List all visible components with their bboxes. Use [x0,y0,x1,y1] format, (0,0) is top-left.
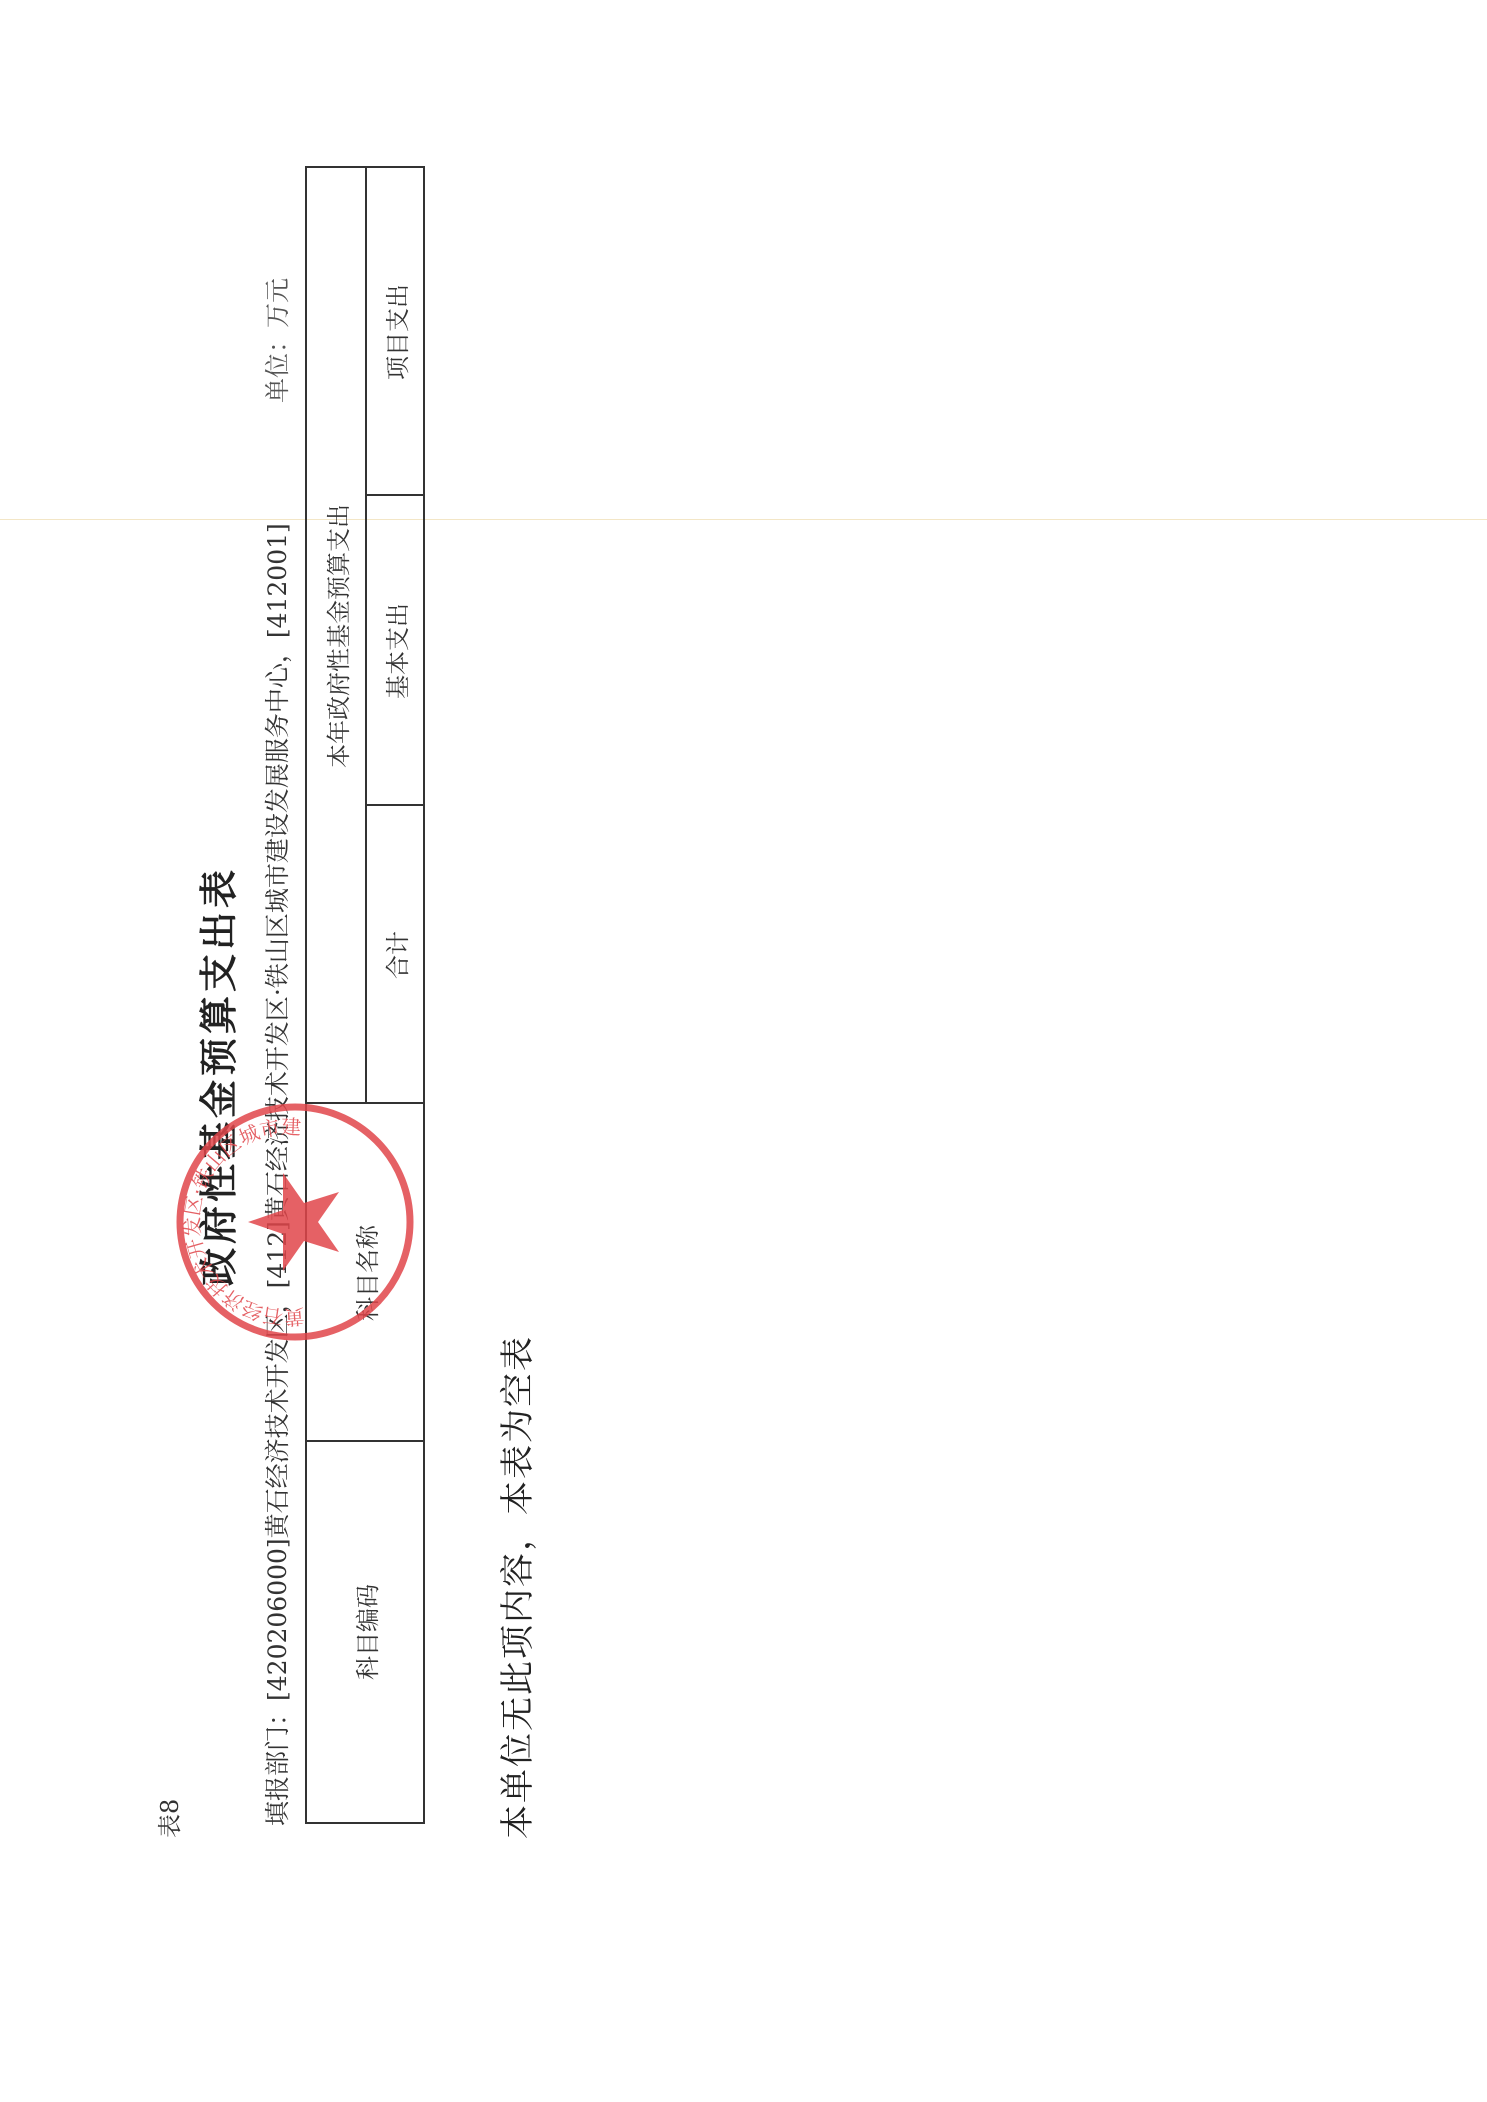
header-basic: 基本支出 [367,496,423,806]
header-total: 合计 [367,806,423,1104]
header-group: 本年政府性基金预算支出 [307,168,365,1104]
budget-table: 科目编码 科目名称 本年政府性基金预算支出 合计 基本支出 项目支出 [305,166,425,1824]
unit-label: 单位：万元 [258,278,294,403]
page-title: 政府性基金预算支出表 [188,0,243,2102]
header-project: 项目支出 [367,168,423,496]
empty-table-note: 本单位无此项内容，本表为空表 [490,1335,539,1839]
reporting-department: 填报部门：[420206000]黄石经济技术开发区，[412]黄石经济技术开发区… [258,523,294,1826]
header-name: 科目名称 [307,1104,423,1442]
title-text: 政府性基金预算支出表 [197,866,241,1286]
rotated-content: 表8 政府性基金预算支出表 填报部门：[420206000]黄石经济技术开发区，… [0,0,1487,2102]
header-code: 科目编码 [307,1442,423,1822]
document-page: 表8 政府性基金预算支出表 填报部门：[420206000]黄石经济技术开发区，… [0,0,1487,2102]
table-label: 表8 [150,1799,185,1838]
